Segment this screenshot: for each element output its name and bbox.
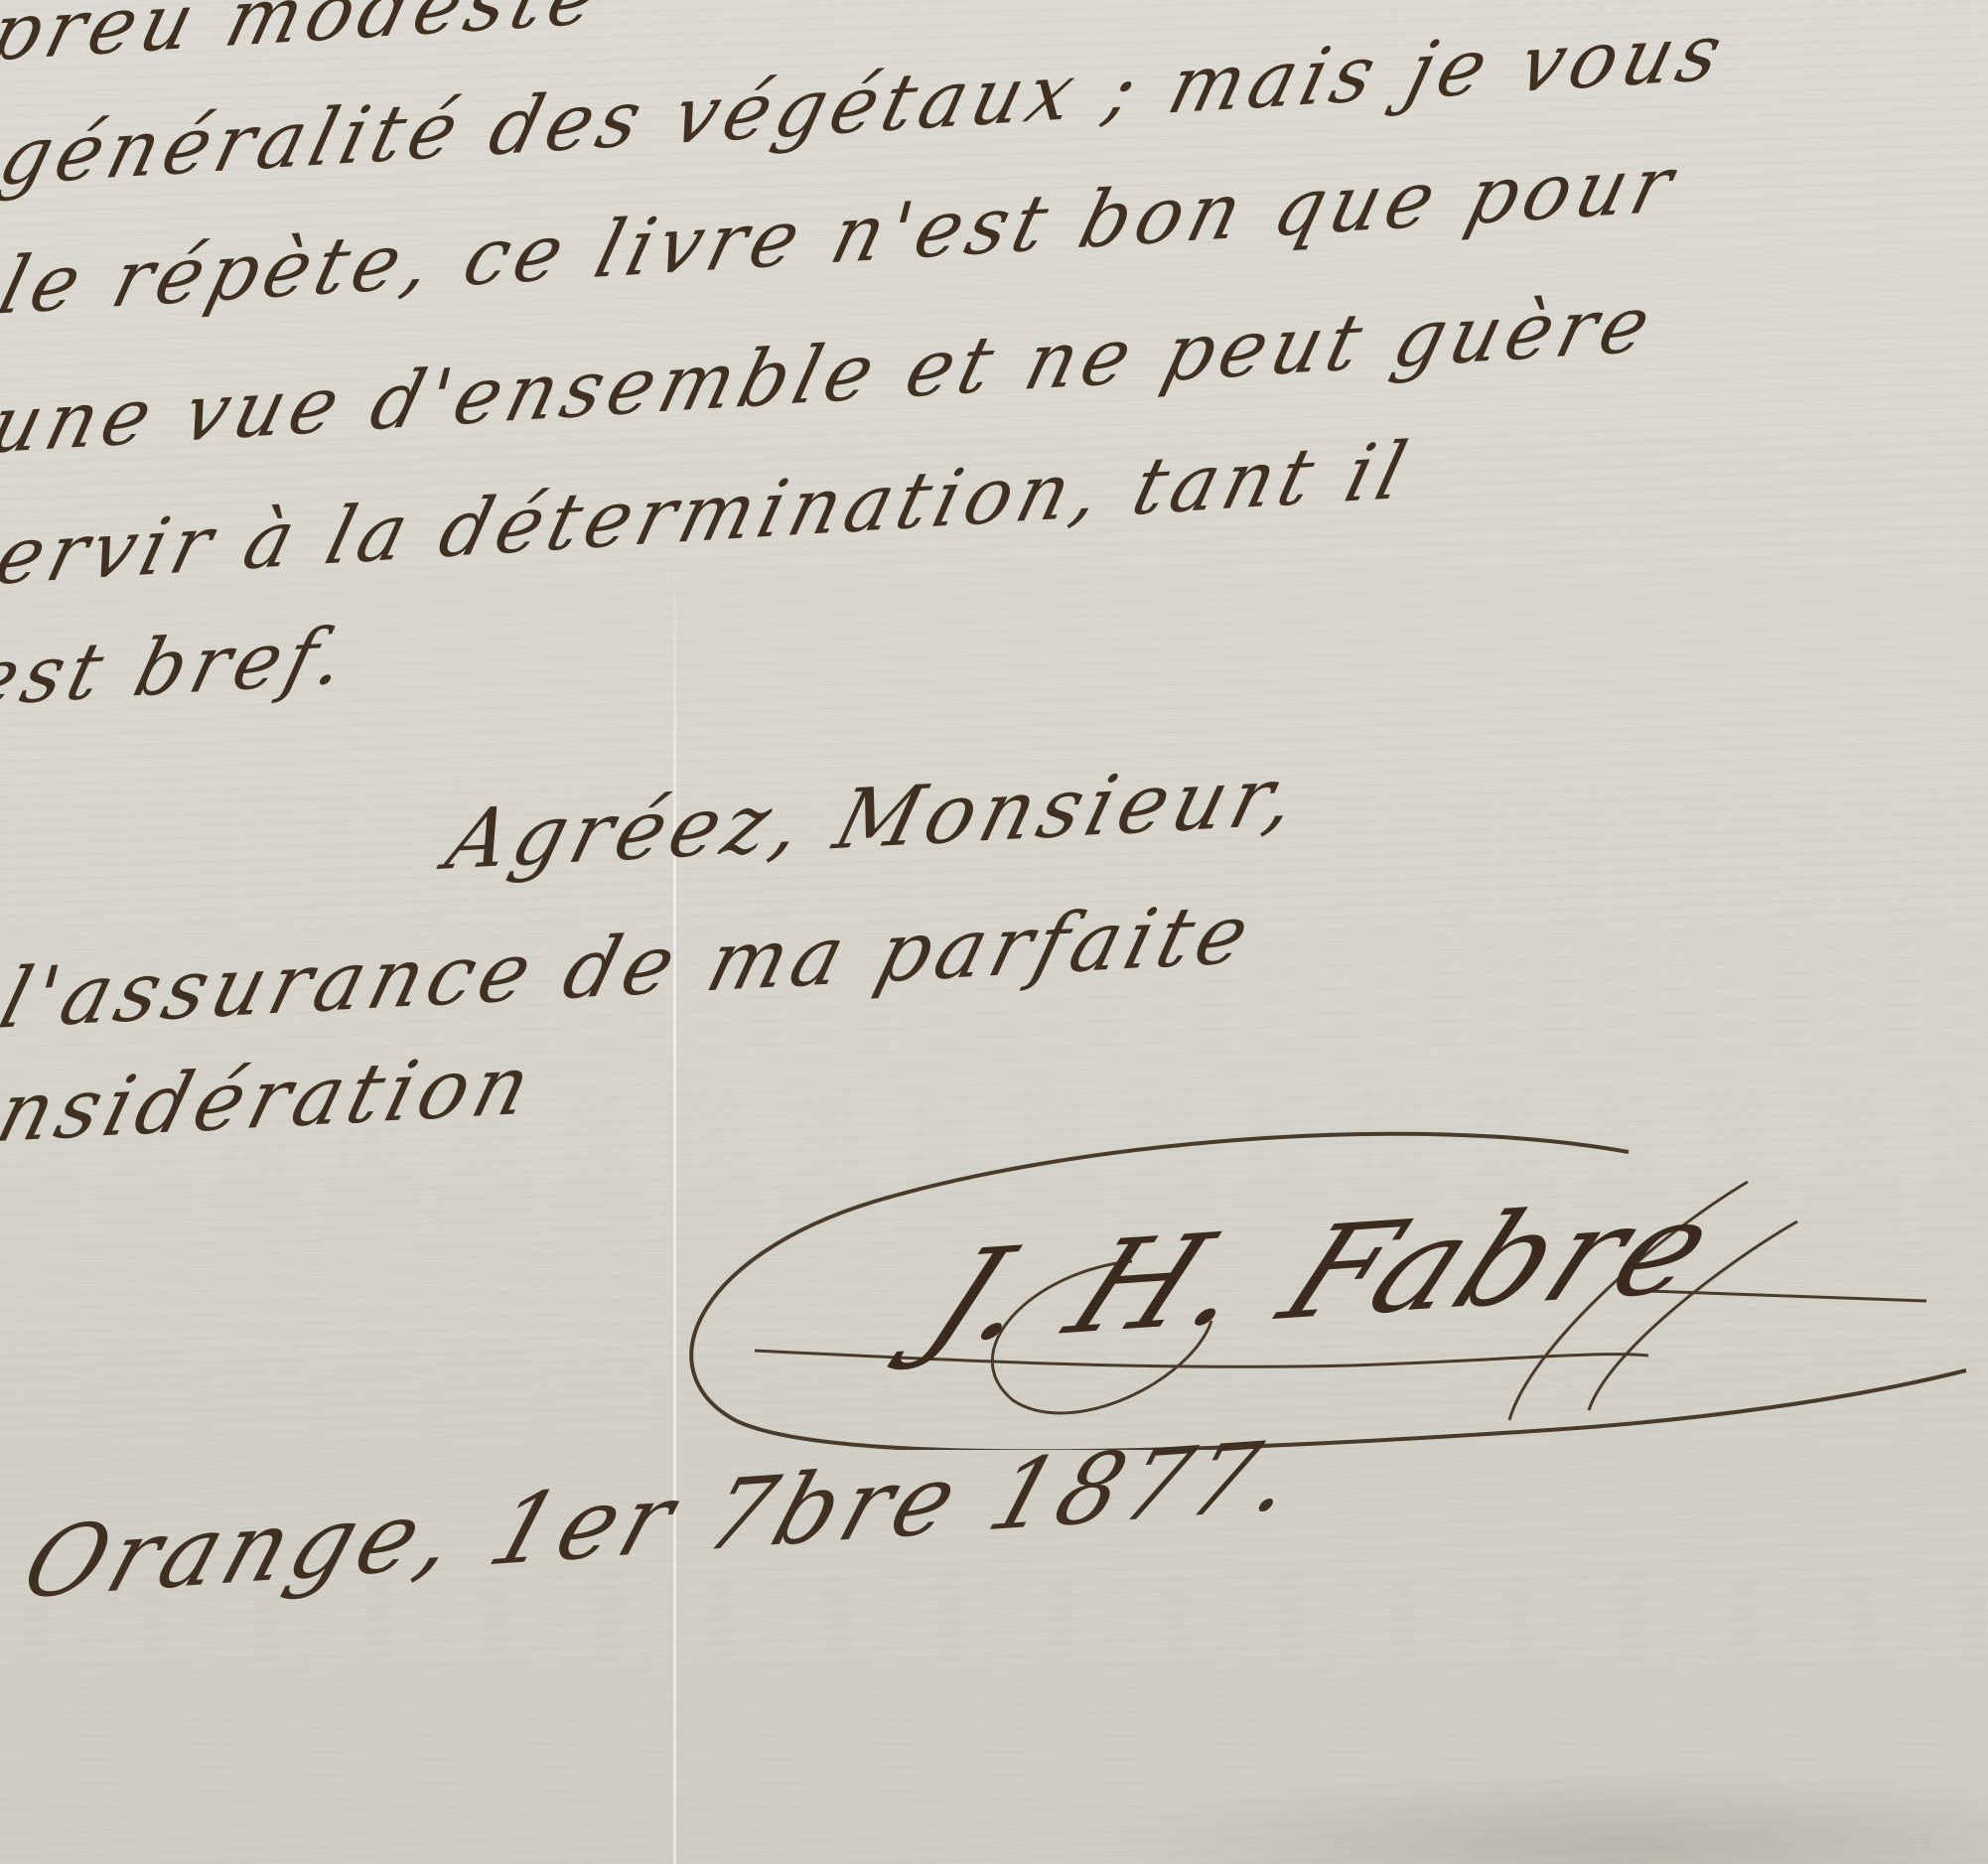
letter-paper: preu modeste généralité des végétaux ; m… (0, 0, 1988, 1864)
letter-body-line-6: est bref. (0, 611, 361, 725)
letter-closing-line-2: l'assurance de ma parfaite (0, 887, 1264, 1048)
signature-block: J. H. Fabre (655, 1122, 1976, 1450)
letter-closing-salutation: Agréez, Monsieur, (437, 749, 1313, 889)
letter-closing-line-3: considération (0, 1038, 546, 1167)
paper-shadow (1092, 1768, 1988, 1864)
letter-body-line-1: preu modeste (0, 0, 614, 79)
